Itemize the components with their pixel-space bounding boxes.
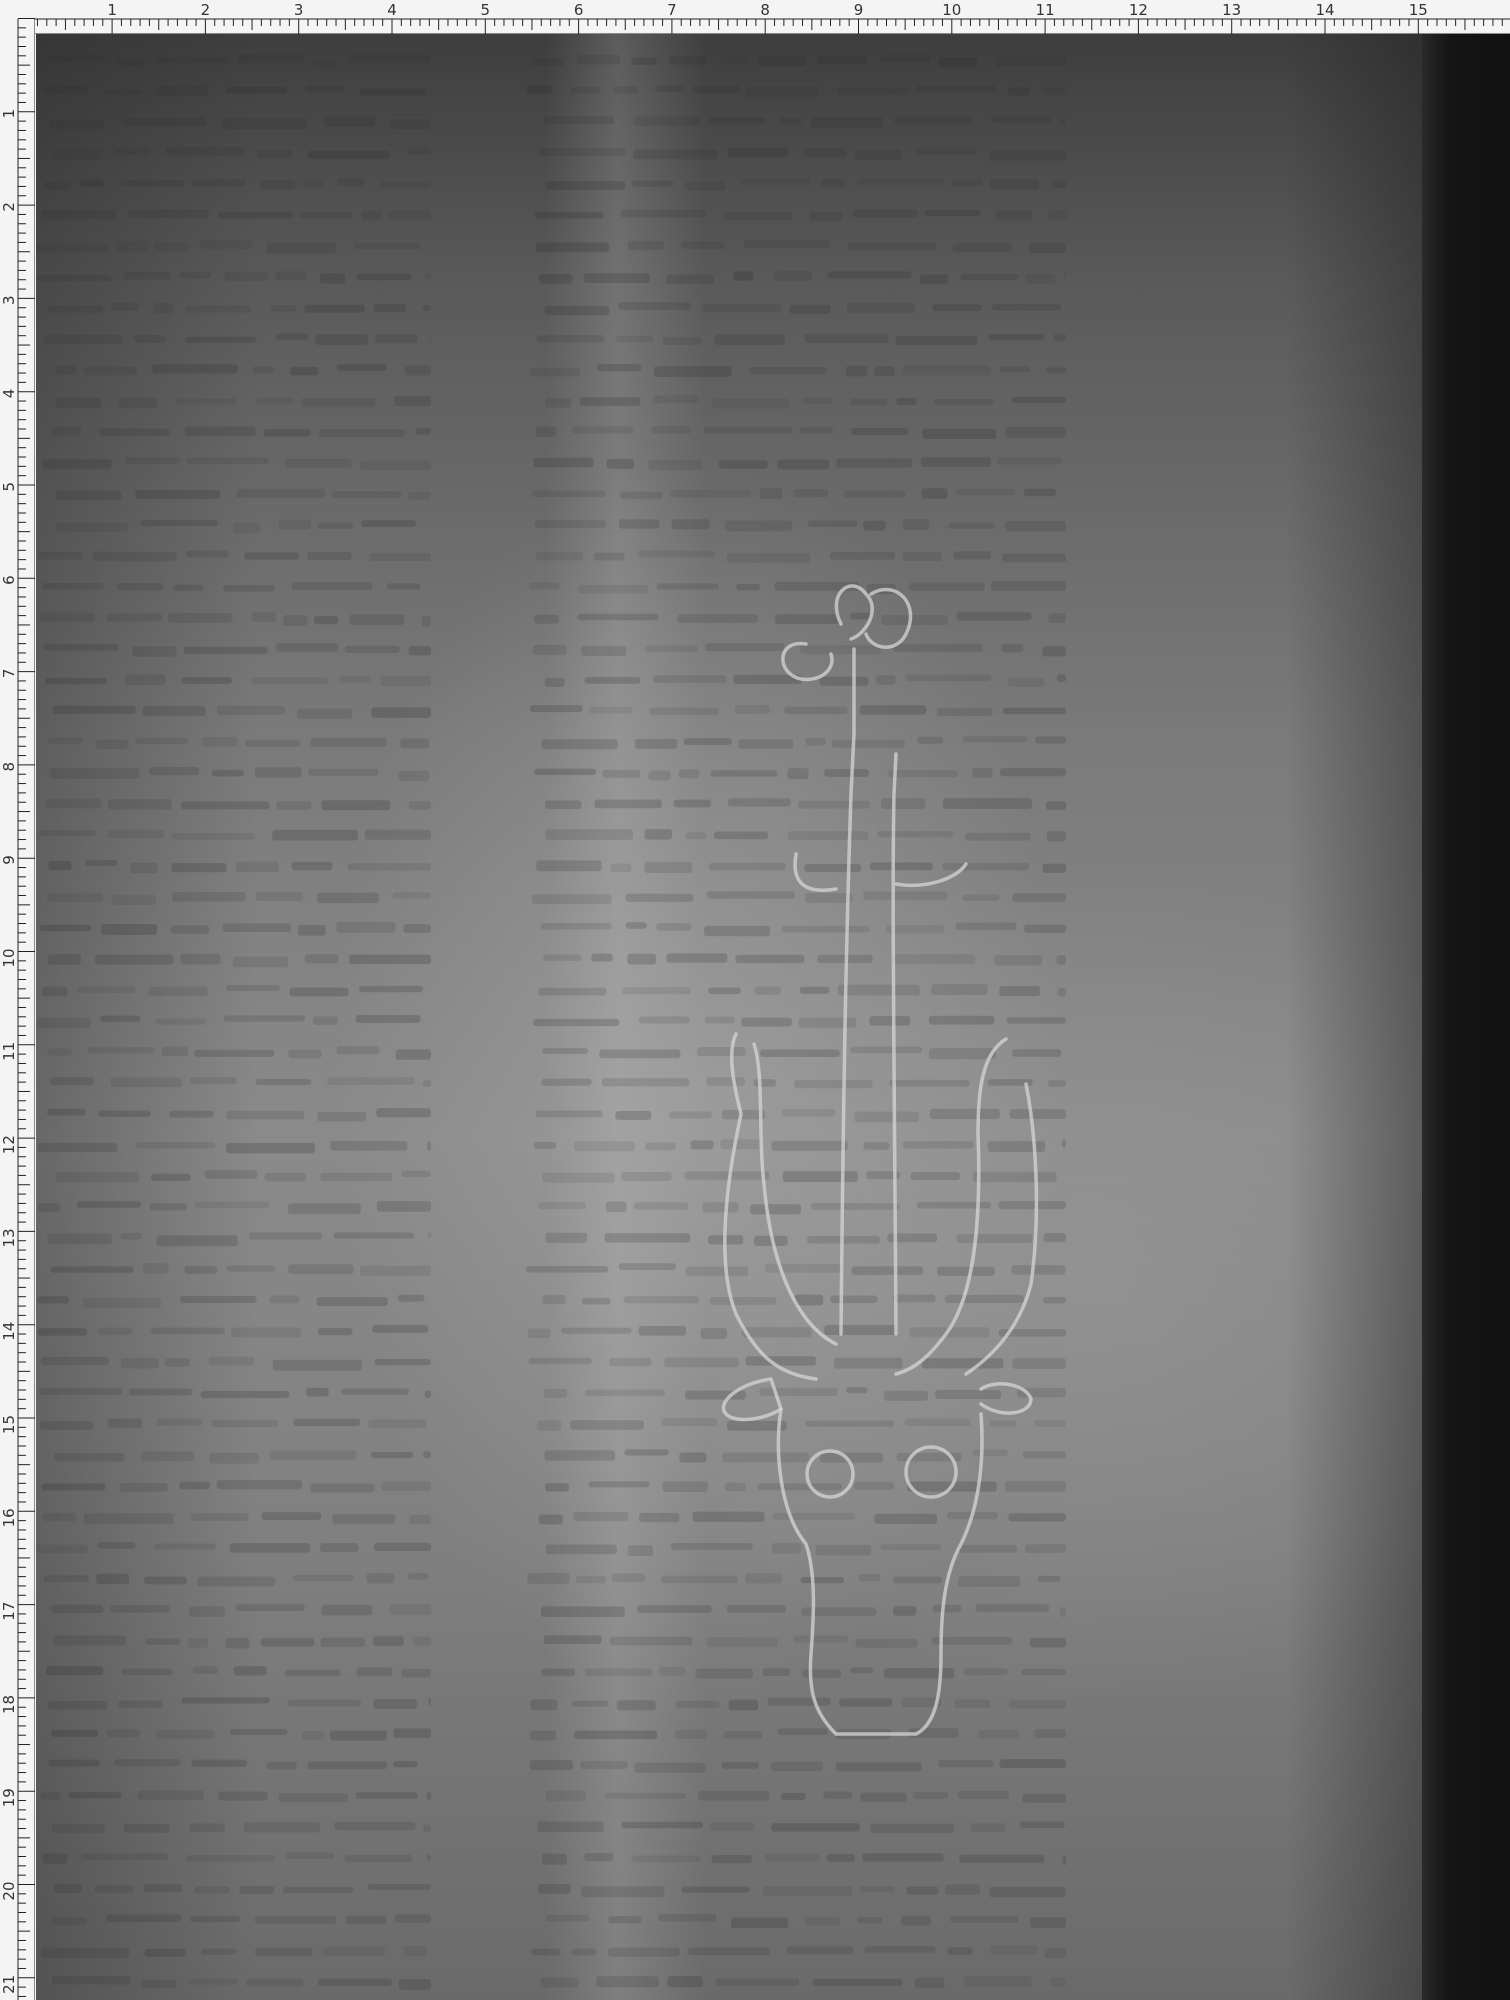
watermark-stem-right: [893, 754, 896, 1334]
ruler-label: 11: [0, 1042, 18, 1061]
manuscript-image: [36, 34, 1510, 2000]
ruler-label: 19: [0, 1788, 18, 1807]
ruler-label: 4: [0, 389, 18, 399]
watermark-eye-right: [906, 1447, 956, 1497]
ruler-label: 13: [0, 1228, 18, 1247]
ruler-label: 12: [1129, 1, 1148, 19]
watermark-horn-right-outer: [896, 1039, 1006, 1374]
watermark-crossbar: [795, 854, 966, 890]
ruler-label: 14: [1315, 1, 1334, 19]
watermark-eye-left: [807, 1451, 853, 1497]
ruler-label: 3: [0, 295, 18, 305]
ruler-label: 21: [0, 1975, 18, 1994]
vertical-ruler-ticks: 123456789101112131415161718192021: [0, 0, 35, 2000]
ruler-label: 20: [0, 1882, 18, 1901]
watermark-ear-right: [981, 1384, 1031, 1413]
horizontal-ruler-ticks: 0123456789101112131415: [0, 0, 1510, 34]
watermark-horn-left-outer: [725, 1034, 816, 1379]
ruler-label: 7: [667, 1, 677, 19]
ruler-label: 2: [201, 1, 211, 19]
ruler-label: 6: [574, 1, 584, 19]
page-edge-dark-band: [1422, 34, 1510, 2000]
watermark-stem-left: [841, 649, 854, 1334]
ruler-label: 15: [0, 1415, 18, 1434]
ruler-label: 10: [0, 949, 18, 968]
ruler-label: 3: [294, 1, 304, 19]
ruler-label: 5: [481, 1, 491, 19]
ruler-label: 15: [1409, 1, 1428, 19]
horizontal-ruler: 0123456789101112131415: [0, 0, 1510, 34]
right-edge-shadow: [1286, 34, 1426, 2000]
ruler-label: 12: [0, 1135, 18, 1154]
ruler-label: 6: [0, 575, 18, 585]
ruler-label: 18: [0, 1695, 18, 1714]
ruler-label: 5: [0, 482, 18, 492]
ruler-label: 9: [0, 855, 18, 865]
ruler-label: 9: [854, 1, 864, 19]
ruler-label: 2: [0, 202, 18, 212]
vertical-ruler: 123456789101112131415161718192021: [0, 0, 35, 2000]
ruler-label: 8: [760, 1, 770, 19]
watermark-top-ornament: [836, 586, 910, 647]
ruler-label: 16: [0, 1508, 18, 1527]
ruler-label: 17: [0, 1602, 18, 1621]
watermark-ear-left: [723, 1379, 781, 1419]
ruler-label: 1: [107, 1, 117, 19]
ruler-label: 10: [942, 1, 961, 19]
ruler-label: 11: [1036, 1, 1055, 19]
ruler-label: 1: [0, 109, 18, 119]
ruler-label: 13: [1222, 1, 1241, 19]
ruler-label: 7: [0, 669, 18, 679]
watermark-horn-left-inner: [754, 1044, 836, 1344]
ruler-label: 4: [387, 1, 397, 19]
ruler-label: 8: [0, 762, 18, 772]
ruler-label: 14: [0, 1322, 18, 1341]
